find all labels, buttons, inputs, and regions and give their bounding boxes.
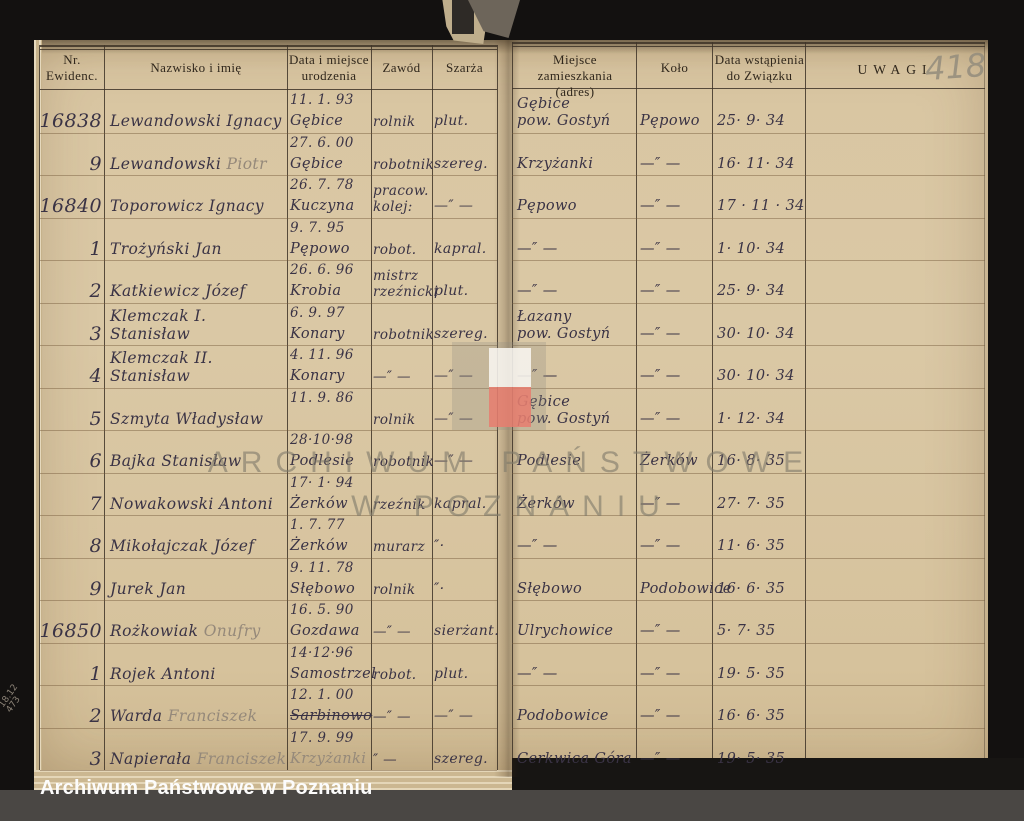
cell-rank: szereg.: [434, 750, 495, 768]
cell-occupation: murarz: [373, 539, 431, 555]
cell-circle: —″ —: [640, 282, 710, 300]
cell-occupation: rolnik: [373, 582, 431, 598]
cell-rank: szereg.: [434, 325, 495, 343]
cell-birth-place: Konary: [290, 325, 370, 343]
cell-join-date: 5· 7· 35: [717, 622, 805, 640]
cell-nr: 16840: [36, 197, 102, 215]
cell-nr: 9: [36, 155, 102, 173]
cell-residence: Łazany pow. Gostyń: [517, 309, 635, 343]
watermark-flag-red: [489, 387, 531, 427]
cell-occupation: —″ —: [373, 369, 431, 385]
cell-occupation: rolnik: [373, 114, 431, 130]
cell-join-date: 19· 5· 35: [717, 750, 805, 768]
cell-name: Lewandowski Piotr: [110, 155, 288, 173]
cell-rank: sierżant.: [434, 622, 495, 640]
cell-birth-place: Żerków: [290, 537, 370, 555]
cell-occupation: robot.: [373, 242, 431, 258]
cell-circle: —″ —: [640, 367, 710, 385]
cell-circle: —″ —: [640, 240, 710, 258]
cell-join-date: 17 · 11 · 34: [717, 197, 805, 215]
cell-circle: —″ —: [640, 665, 710, 683]
cell-join-date: 1· 10· 34: [717, 240, 805, 258]
cell-birth-place: Krzyżanki: [290, 750, 370, 768]
table-row: 16850Rożkowiak Onufry16. 5. 90Gozdawa—″ …: [0, 600, 1024, 643]
cell-birth-date: 9. 7. 95: [290, 219, 370, 237]
cell-birth-place: Konary: [290, 367, 370, 385]
cell-residence: Krzyżanki: [517, 156, 635, 173]
archive-scan-photo: Nr. Ewidenc. Nazwisko i imię Data i miej…: [0, 0, 1024, 821]
cell-rank: —″ —: [434, 197, 495, 215]
cell-birth-place: Słębowo: [290, 580, 370, 598]
cell-circle: —″ —: [640, 707, 710, 725]
cell-birth-date: 14·12·96: [290, 644, 370, 662]
cell-residence: Słębowo: [517, 581, 635, 598]
column-header-nr: Nr. Ewidenc.: [40, 52, 104, 84]
cell-name: Rojek Antoni: [110, 665, 288, 683]
cell-rank: —″ —: [434, 707, 495, 725]
table-row: 3Napierała Franciszek17. 9. 99Krzyżanki″…: [0, 728, 1024, 771]
cell-birth-place: Gębice: [290, 112, 370, 130]
cell-nr: 3: [36, 750, 102, 768]
cell-circle: —″ —: [640, 197, 710, 215]
cell-join-date: 19· 5· 35: [717, 665, 805, 683]
table-row: 16838Lewandowski Ignacy11. 1. 93Gębicero…: [0, 90, 1024, 133]
cell-circle: —″ —: [640, 410, 710, 428]
cell-residence: Pępowo: [517, 198, 635, 215]
cell-nr: 9: [36, 580, 102, 598]
cell-join-date: 30· 10· 34: [717, 367, 805, 385]
cell-occupation: mistrz rzeźnicki: [373, 268, 431, 300]
cell-join-date: 1· 12· 34: [717, 410, 805, 428]
cell-occupation: pracow. kolej:: [373, 183, 431, 215]
cell-birth-date: 11. 1. 93: [290, 91, 370, 109]
cell-rank: ″·: [434, 580, 495, 598]
cell-circle: —″ —: [640, 537, 710, 555]
cell-join-date: 11· 6· 35: [717, 537, 805, 555]
cell-nr: 16838: [36, 112, 102, 130]
cell-name: Mikołajczak Józef: [110, 537, 288, 555]
cell-name: Rożkowiak Onufry: [110, 622, 288, 640]
cell-name: Lewandowski Ignacy: [110, 112, 288, 130]
cell-rank: ″·: [434, 537, 495, 555]
cell-name: Warda Franciszek: [110, 707, 288, 725]
cell-birth-place: Gębice: [290, 155, 370, 173]
cell-circle: —″ —: [640, 622, 710, 640]
cell-occupation: —″ —: [373, 624, 431, 640]
cell-nr: 2: [36, 282, 102, 300]
cell-birth-date: 26. 6. 96: [290, 261, 370, 279]
cell-occupation: robotnik: [373, 157, 431, 173]
watermark-flag-white: [489, 348, 531, 387]
cell-join-date: 16· 6· 35: [717, 580, 805, 598]
cell-birth-date: 9. 11. 78: [290, 559, 370, 577]
cell-circle: Podobowice: [640, 580, 710, 598]
table-row: 1Rojek Antoni14·12·96Samostrzelrobot.plu…: [0, 643, 1024, 686]
cell-name: Klemczak I. Stanisław: [110, 307, 288, 343]
table-row: 3Klemczak I. Stanisław6. 9. 97Konaryrobo…: [0, 303, 1024, 346]
cell-join-date: 16· 11· 34: [717, 155, 805, 173]
cell-name-pencil-part: Piotr: [227, 155, 267, 173]
column-header-szarza: Szarża: [432, 60, 497, 76]
cell-residence: —″ —: [517, 283, 635, 300]
column-header-joined: Data wstąpienia do Związku: [714, 52, 805, 84]
column-header-zawod: Zawód: [371, 60, 432, 76]
cell-nr: 8: [36, 537, 102, 555]
cell-circle: —″ —: [640, 750, 710, 768]
cell-rank: kapral.: [434, 240, 495, 258]
rule: [512, 46, 985, 47]
cell-rank: plut.: [434, 665, 495, 683]
cell-birth-place: Gozdawa: [290, 622, 370, 640]
cell-birth-place: Pępowo: [290, 240, 370, 258]
table-row: 2Warda Franciszek12. 1. 00Sarbinowo—″ ——…: [0, 685, 1024, 728]
table-row: 9Jurek Jan9. 11. 78Słęboworolnik″·Słębow…: [0, 558, 1024, 601]
watermark-text-line1: ARCHIWUM PAŃSTWOWE: [0, 446, 1024, 480]
cell-residence: Podobowice: [517, 708, 635, 725]
cell-birth-place: Samostrzel: [290, 665, 370, 683]
pencil-page-number: 418: [924, 46, 988, 88]
cell-join-date: 25· 9· 34: [717, 112, 805, 130]
cell-birth-place: Sarbinowo: [290, 707, 370, 725]
cell-name: Toporowicz Ignacy: [110, 197, 288, 215]
cell-name: Katkiewicz Józef: [110, 282, 288, 300]
cell-name: Trożyński Jan: [110, 240, 288, 258]
cell-name: Klemczak II. Stanisław: [110, 349, 288, 385]
cell-residence: —″ —: [517, 666, 635, 683]
cell-occupation: —″ —: [373, 709, 431, 725]
row-separator: [40, 770, 497, 771]
cell-name-pencil-part: Franciszek: [197, 750, 287, 768]
watermark-text-line2: W POZNANIU: [0, 490, 1024, 524]
cell-occupation: rolnik: [373, 412, 431, 428]
cell-birth-date: 16. 5. 90: [290, 601, 370, 619]
cell-join-date: 25· 9· 34: [717, 282, 805, 300]
cell-birth-date: 27. 6. 00: [290, 134, 370, 152]
cell-occupation: ″ —: [373, 752, 431, 768]
cell-occupation: robotnik: [373, 327, 431, 343]
cell-join-date: 16· 6· 35: [717, 707, 805, 725]
table-row: 16840Toporowicz Ignacy26. 7. 78Kuczynapr…: [0, 175, 1024, 218]
archive-caption: Archiwum Państwowe w Poznaniu: [40, 777, 373, 800]
cell-birth-date: 4. 11. 96: [290, 346, 370, 364]
cell-residence: Gębice pow. Gostyń: [517, 96, 635, 130]
rule: [512, 42, 985, 44]
cell-birth-date: 17. 9. 99: [290, 729, 370, 747]
cell-residence: —″ —: [517, 538, 635, 555]
cell-name: Szmyta Władysław: [110, 410, 288, 428]
cell-join-date: 30· 10· 34: [717, 325, 805, 343]
cell-name: Jurek Jan: [110, 580, 288, 598]
cell-circle: —″ —: [640, 155, 710, 173]
table-row: 2Katkiewicz Józef26. 6. 96Krobiamistrz r…: [0, 260, 1024, 303]
cell-nr: 5: [36, 410, 102, 428]
cell-residence: Cerkwica Góra: [517, 751, 635, 768]
cell-birth-date: 6. 9. 97: [290, 304, 370, 322]
cell-rank: plut.: [434, 112, 495, 130]
cell-birth-place: Kuczyna: [290, 197, 370, 215]
cell-rank: szereg.: [434, 155, 495, 173]
cell-nr: 4: [36, 367, 102, 385]
cell-occupation: robot.: [373, 667, 431, 683]
cell-nr: 2: [36, 707, 102, 725]
column-header-birth: Data i miejsce urodzenia: [287, 52, 371, 84]
table-row: 9Lewandowski Piotr27. 6. 00Gębicerobotni…: [0, 133, 1024, 176]
cell-circle: Pępowo: [640, 112, 710, 130]
cell-name-pencil-part: Franciszek: [168, 707, 258, 725]
cell-nr: 16850: [36, 622, 102, 640]
cell-name-pencil-part: Onufry: [204, 622, 261, 640]
cell-nr: 1: [36, 240, 102, 258]
cell-nr: 1: [36, 665, 102, 683]
cell-residence: —″ —: [517, 241, 635, 258]
table-row: 1Trożyński Jan9. 7. 95Pępoworobot.kapral…: [0, 218, 1024, 261]
cell-birth-date: 12. 1. 00: [290, 686, 370, 704]
cell-birth-date: 26. 7. 78: [290, 176, 370, 194]
rule: [40, 45, 497, 47]
cell-name: Napierała Franciszek: [110, 750, 288, 768]
rule: [40, 49, 497, 50]
column-header-kolo: Koło: [638, 60, 711, 76]
cell-residence: Ulrychowice: [517, 623, 635, 640]
cell-birth-date: 11. 9. 86: [290, 389, 370, 407]
cell-circle: —″ —: [640, 325, 710, 343]
column-header-name: Nazwisko i imię: [106, 60, 286, 76]
cell-birth-place: Krobia: [290, 282, 370, 300]
cell-nr: 3: [36, 325, 102, 343]
cell-rank: plut.: [434, 282, 495, 300]
